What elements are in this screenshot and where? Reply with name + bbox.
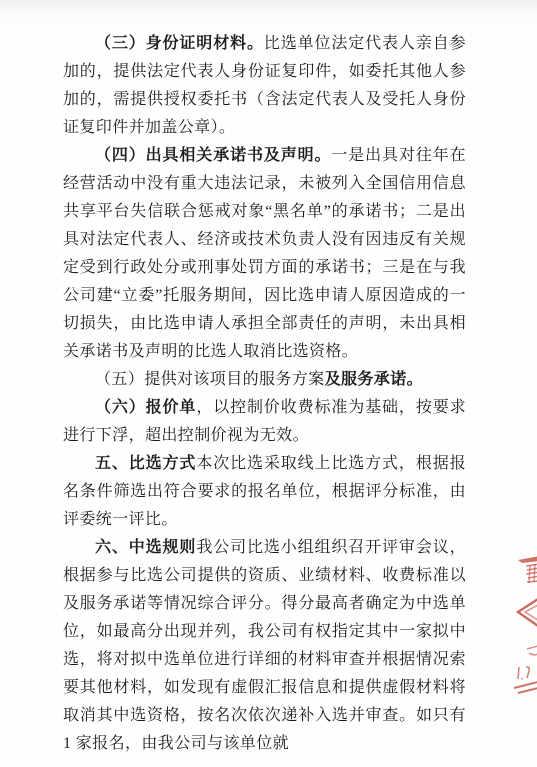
paragraph-text: （五）提供对该项目的服务方案 [95, 371, 325, 388]
paragraph: （六）报价单，以控制价收费标准为基础，按要求进行下浮，超出控制价视为无效。 [63, 394, 466, 450]
paragraph: （五）提供对该项目的服务方案及服务承诺。 [63, 366, 466, 394]
red-small-scribble-icon [520, 642, 537, 662]
paragraph-text: 一是出具对往年在经营活动中没有重大违法记录，未被列入全国信用信息共享平台失信联合… [63, 147, 466, 360]
paragraph: （四）出具相关承诺书及声明。一是出具对往年在经营活动中没有重大违法记录，未被列入… [63, 142, 466, 366]
paragraph-lead-bold: （三）身份证明材料。 [95, 35, 264, 52]
paragraph-lead-bold: 五、比选方式 [95, 455, 196, 472]
document-page: （三）身份证明材料。比选单位法定代表人亲自参加的，提供法定代表人身份证复印件，如… [0, 0, 537, 767]
red-chevron-scribble-icon [512, 596, 537, 630]
red-stamp-fragment-icon [514, 554, 537, 590]
document-body: （三）身份证明材料。比选单位法定代表人亲自参加的，提供法定代表人身份证复印件，如… [63, 30, 466, 758]
paragraph-lead-bold: 及服务承诺。 [325, 371, 423, 388]
paragraph: （三）身份证明材料。比选单位法定代表人亲自参加的，提供法定代表人身份证复印件，如… [63, 30, 466, 142]
paragraph-lead-bold: （四）出具相关承诺书及声明。 [95, 147, 331, 164]
paragraph-lead-bold: （六）报价单 [95, 399, 196, 416]
red-numeric-scribble-icon [510, 664, 537, 698]
paragraph: 五、比选方式本次比选采取线上比选方式，根据报名条件筛选出符合要求的报名单位，根据… [63, 450, 466, 534]
paragraph-lead-bold: 六、中选规则 [95, 539, 196, 556]
paragraph: 六、中选规则我公司比选小组组织召开评审会议，根据参与比选公司提供的资质、业绩材料… [63, 534, 466, 758]
paragraph-text: 我公司比选小组组织召开评审会议，根据参与比选公司提供的资质、业绩材料、收费标准以… [63, 539, 466, 752]
